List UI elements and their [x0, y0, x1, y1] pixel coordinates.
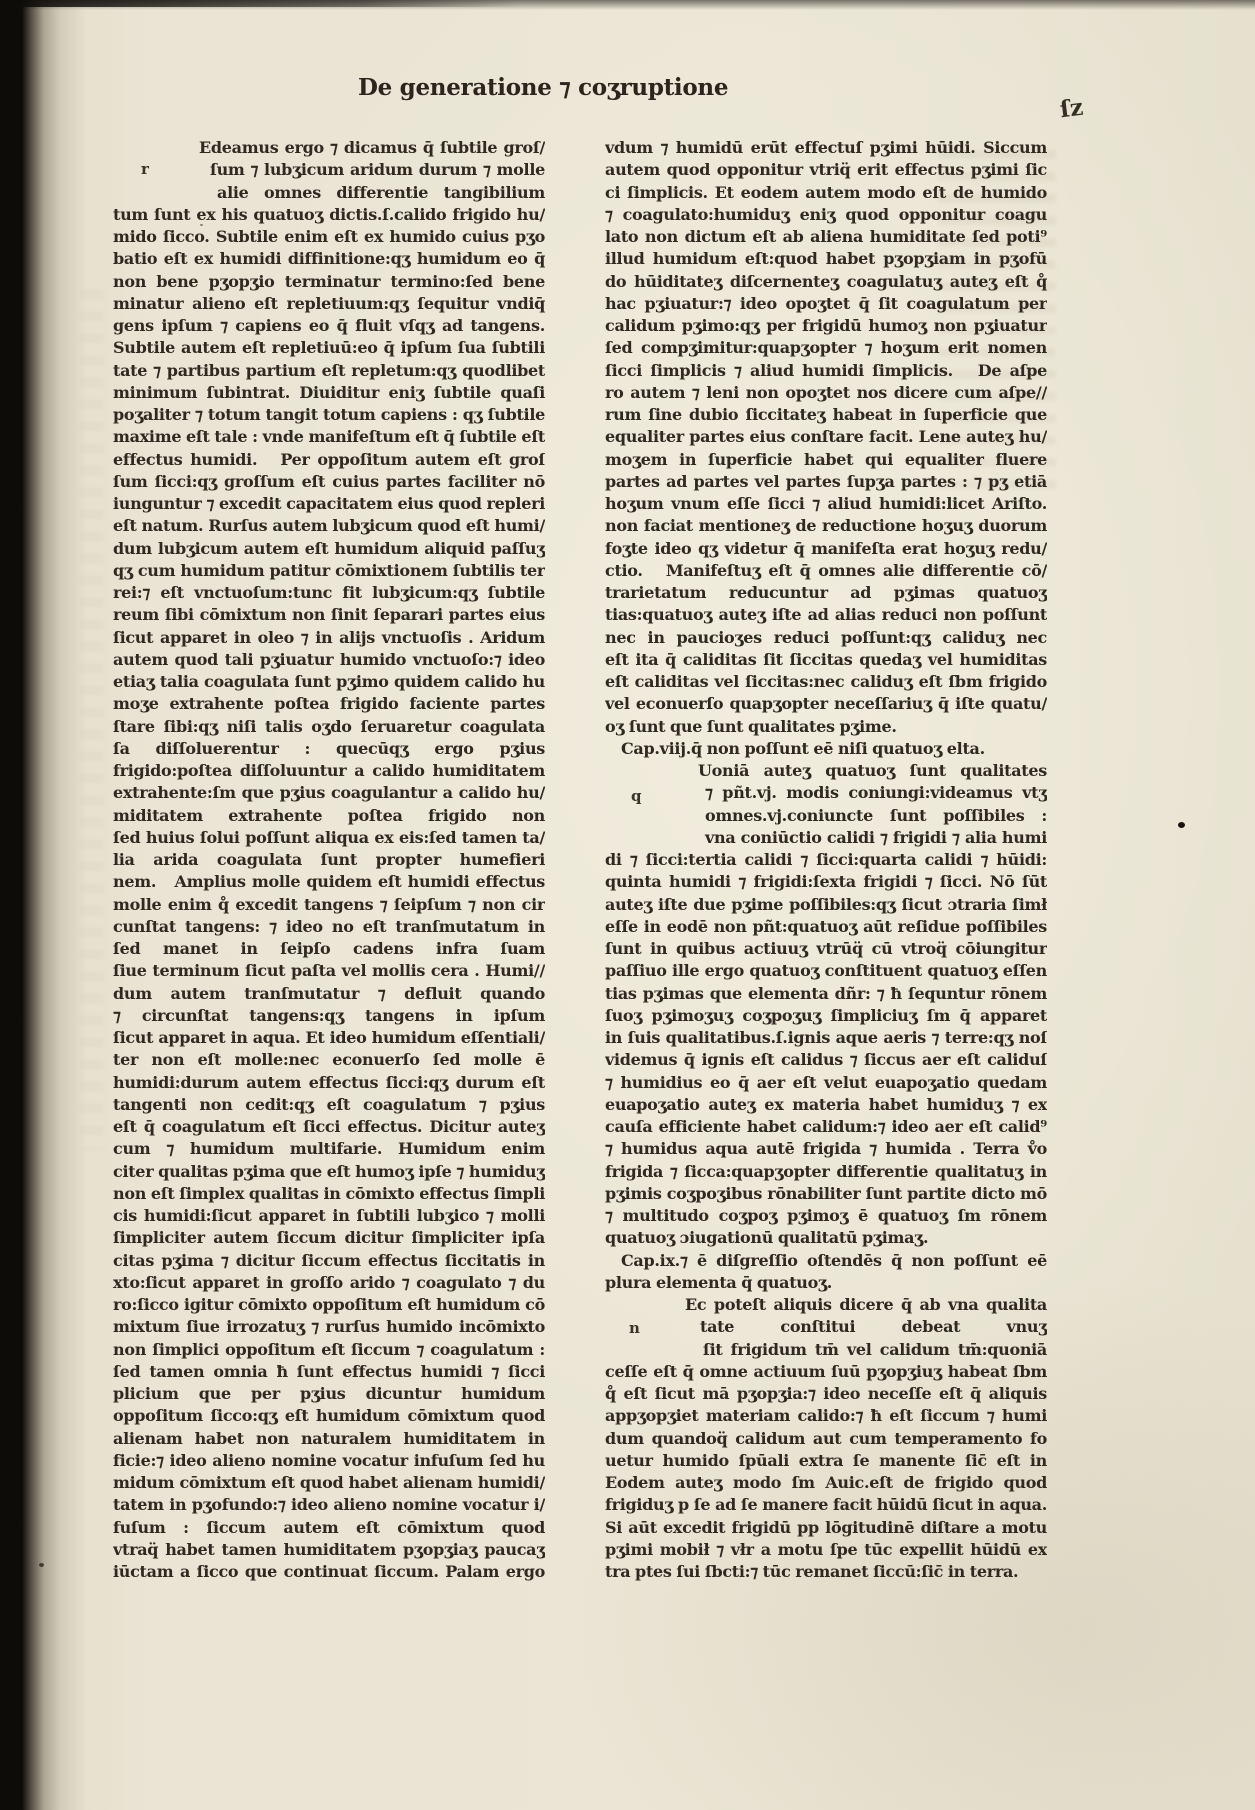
- text-line: autem quod tali pʒiuatur humido vnctuoſo…: [113, 649, 545, 671]
- text-line: do hūiditateʒ diſcernenteʒ coagulatuʒ au…: [605, 271, 1047, 293]
- text-line: eſt q̄ coagulatum eſt ſicci effectus. Di…: [113, 1116, 545, 1138]
- text-line: mido ſicco. Subtile enim eſt ex humido c…: [113, 226, 545, 248]
- text-line: ficie:⁊ ideo alieno nomine vocatur infuſ…: [113, 1450, 545, 1472]
- text-line: rei:⁊ eſt vnctuoſum:tunc fit lubʒicum:qʒ…: [113, 582, 545, 604]
- text-line: foʒte ideo qʒ videtur q̄ manifeſta erat …: [605, 538, 1047, 560]
- text-line: autem quod opponitur vtriq̈ erit effectu…: [605, 159, 1047, 181]
- text-line: lia arida coagulata ſunt propter humefie…: [113, 849, 545, 871]
- text-line: xto:ſicut apparet in groſſo arido ⁊ coag…: [113, 1272, 545, 1294]
- text-line: ro autem ⁊ leni non opoʒtet nos dicere c…: [605, 382, 1047, 404]
- text-line: partes ad partes vel partes ſupʒa partes…: [605, 471, 1047, 493]
- right-text-column: vdum ⁊ humidū erūt effectuſ pʒimi hūidi.…: [605, 137, 1047, 1583]
- text-line: auteʒ iſte due pʒime poſſibiles:qʒ ſicut…: [605, 894, 1047, 916]
- text-line: fuſum : ſiccum autem eſt cōmixtum quod p…: [113, 1517, 545, 1539]
- text-line: dum lubʒicum autem eſt humidum aliquid p…: [113, 538, 545, 560]
- text-line: uetur humido ſpūali extra ſe manente ſic…: [605, 1450, 1047, 1472]
- text-line: tias:quatuoʒ auteʒ iſte ad alias reduci …: [605, 604, 1047, 626]
- text-line: qʒ cum humidum patitur cōmixtionem ſubti…: [113, 560, 545, 582]
- text-line: poʒaliter ⁊ totum tangit totum capiens :…: [113, 404, 545, 426]
- text-line: ter non eſt molle:nec econuerſo ſed moll…: [113, 1049, 545, 1071]
- text-line: Uoniā auteʒ quatuoʒ ſunt qualitates pʒie: [605, 760, 1047, 782]
- text-line: minatur alieno eſt repletiuum:qʒ ſequitu…: [113, 293, 545, 315]
- text-line: non ſimplici oppoſitum eſt ſiccum ⁊ coag…: [113, 1339, 545, 1361]
- text-line: equaliter partes eius conſtare facit. Le…: [605, 426, 1047, 448]
- text-line: ⁊ multitudo coʒpoʒ pʒimoʒ ē quatuoʒ ſm r…: [605, 1205, 1047, 1227]
- text-line: Si aūt excedit frigidū pp lōgitudinē diſ…: [605, 1517, 1047, 1539]
- text-line: humidi:durum autem effectus ſicci:qʒ dur…: [113, 1072, 545, 1094]
- text-line: ſed compʒimitur:quapʒopter ⁊ hoʒum erit …: [605, 337, 1047, 359]
- left-text-column: r Edeamus ergo ⁊ dicamus q̄ ſubtile groſ…: [113, 137, 545, 1583]
- text-line: ſed huius ſolui poſſunt aliqua ex eis:ſe…: [113, 827, 545, 849]
- text-line: calidum pʒimo:qʒ per frigidū humoʒ non p…: [605, 315, 1047, 337]
- running-title: De generatione ⁊ coʒruptione: [358, 74, 728, 101]
- guide-letter-n: n: [629, 1319, 640, 1337]
- text-line: di ⁊ ſicci:tertia calidi ⁊ ſicci:quarta …: [605, 849, 1047, 871]
- page-top-shadow-dark: [0, 0, 520, 7]
- paper-speck: [1178, 822, 1185, 828]
- text-line: ſum ⁊ lubʒicum aridum durum ⁊ molle ⁊: [113, 159, 545, 181]
- text-line: euapoʒatio auteʒ ex materia habet humidu…: [605, 1094, 1047, 1116]
- incunable-page: De generatione ⁊ coʒruptione ſz r Edeamu…: [0, 0, 1255, 1810]
- text-line: hoʒum vnum eſſe ſicci ⁊ aliud humidi:lic…: [605, 493, 1047, 515]
- text-line: plura elementa q̄ quatuoʒ.: [605, 1272, 1047, 1294]
- text-line: tate ⁊ partibus partium eſt repletum:qʒ …: [113, 360, 545, 382]
- text-line: rum ſine dubio ſiccitateʒ habeat in ſupe…: [605, 404, 1047, 426]
- text-line: illud humidum eſt:quod habet pʒopʒiam in…: [605, 248, 1047, 270]
- text-line: ſuoʒ pʒimoʒuʒ coʒpoʒuʒ ſimpliciuʒ ſm q̄ …: [605, 1005, 1047, 1027]
- text-line: eſt natum. Rurſus autem lubʒicum quod eſ…: [113, 515, 545, 537]
- text-line: ro:ſicco igitur cōmixto oppoſitum eſt hu…: [113, 1294, 545, 1316]
- text-line: moʒe extrahente poſtea frigido faciente …: [113, 693, 545, 715]
- guide-letter-r: r: [141, 160, 149, 178]
- text-line: citas pʒima ⁊ dicitur ſiccum effectus ſi…: [113, 1250, 545, 1272]
- text-line: moʒem in ſuperficie habet qui equaliter …: [605, 449, 1047, 471]
- folio-number: ſz: [1058, 94, 1084, 124]
- text-line: molle enim q̊ excedit tangens ⁊ ſeipſum …: [113, 894, 545, 916]
- text-line: Cap.ix.⁊ ē diſgreſſio oſtendēs q̄ non po…: [605, 1250, 1047, 1272]
- text-line: ſtare ſibi:qʒ niſi talis oʒdo ſeruaretur…: [113, 716, 545, 738]
- text-line: Subtile autem eſt repletiuū:eo q̄ ipſum …: [113, 337, 545, 359]
- text-line: quinta humidi ⁊ frigidi:ſexta frigidi ⁊ …: [605, 871, 1047, 893]
- text-line: ſimpliciter autem ſiccum dicitur ſimplic…: [113, 1227, 545, 1249]
- text-line: ſunt in quibus actiuuʒ vtrūq̈ cū vtroq̈ …: [605, 938, 1047, 960]
- text-line: frigiduʒ p ſe ad ſe manere facit hūidū ſ…: [605, 1494, 1047, 1516]
- text-line: tum ſunt ex his quatuoʒ dictis.ſ.calido …: [113, 204, 545, 226]
- text-line: effectus humidi. Per oppoſitum autem eſt…: [113, 449, 545, 471]
- text-line: cauſa efficiente habet calidum:⁊ ideo ae…: [605, 1116, 1047, 1138]
- text-line: ⁊ humidius eo q̄ aer eſt velut euapoʒati…: [605, 1072, 1047, 1094]
- text-line: iunguntur ⁊ excedit capacitatem eius quo…: [113, 493, 545, 515]
- text-line: Eodem auteʒ modo ſm Auic.eſt de frigido …: [605, 1472, 1047, 1494]
- text-line: ſicut apparet in aqua. Et ideo humidum e…: [113, 1027, 545, 1049]
- text-line: non eſt ſimplex qualitas in cōmixto effe…: [113, 1183, 545, 1205]
- text-line: ⁊ pñt.vj. modis coniungi:videamus vtʒ: [605, 782, 1047, 804]
- text-line: cis humidi:ſicut apparet in ſubtili lubʒ…: [113, 1205, 545, 1227]
- text-line: cunſtat tangens: ⁊ ideo no eſt tranſmuta…: [113, 916, 545, 938]
- text-line: non faciat mentioneʒ de reductione hoʒuʒ…: [605, 515, 1047, 537]
- text-line: dum autem tranſmutatur ⁊ defluit quando …: [113, 983, 545, 1005]
- text-line: alienam habet non naturalem humiditatem …: [113, 1428, 545, 1450]
- text-line: omnes.vj.coniuncte ſunt poſſibiles : eſt…: [605, 805, 1047, 827]
- text-line: nec in paucioʒes reduci poſſunt:qʒ calid…: [605, 627, 1047, 649]
- text-line: ſit frigidum tm̄ vel calidum tm̄:quoniā …: [605, 1339, 1047, 1361]
- text-line: hac pʒiuatur:⁊ ideo opoʒtet q̄ ſit coagu…: [605, 293, 1047, 315]
- text-line: tra ptes ſui ſbcti:⁊ tūc remanet ſiccū:ſ…: [605, 1561, 1047, 1583]
- text-line: alie omnes differentie tangibilium quali…: [113, 182, 545, 204]
- text-line: eſſe in eodē non pñt:quatuoʒ aūt reſidue…: [605, 916, 1047, 938]
- text-line: paſſiuo ille ergo quatuoʒ conſtituent qu…: [605, 960, 1047, 982]
- text-line: eſt ita q̄ caliditas ſit ſiccitas quedaʒ…: [605, 649, 1047, 671]
- text-line: nem. Amplius molle quidem eſt humidi eff…: [113, 871, 545, 893]
- text-line: mixtum ſiue irrozatuʒ ⁊ rurſus humido in…: [113, 1316, 545, 1338]
- text-line: oʒ ſunt que ſunt qualitates pʒime.: [605, 716, 1047, 738]
- text-line: videmus q̄ ignis eſt calidus ⁊ ſiccus ae…: [605, 1049, 1047, 1071]
- text-line: vel econuerſo quapʒopter neceſſariuʒ q̄ …: [605, 693, 1047, 715]
- text-line: tate conſtitui debeat vnuʒ elementum.ſ.q…: [605, 1316, 1047, 1338]
- text-line: vdum ⁊ humidū erūt effectuſ pʒimi hūidi.…: [605, 137, 1047, 159]
- text-line: ſed tamen omnia ħ ſunt effectus humidi ⁊…: [113, 1361, 545, 1383]
- text-line: tangenti non cedit:qʒ eſt coagulatum ⁊ p…: [113, 1094, 545, 1116]
- text-line: vna coniūctio calidi ⁊ frigidi ⁊ alia hu…: [605, 827, 1047, 849]
- text-line: non bene pʒopʒio terminatur termino:ſed …: [113, 271, 545, 293]
- text-line: ſicci ſimplicis ⁊ aliud humidi ſimplicis…: [605, 360, 1047, 382]
- guide-letter-q: q: [631, 787, 642, 805]
- text-line: frigido:poſtea diſſoluuntur a calido hum…: [113, 760, 545, 782]
- text-line: ſum ſicci:qʒ groſſum eſt cuius partes fa…: [113, 471, 545, 493]
- text-line: minimum ſubintrat. Diuiditur eniʒ ſubtil…: [113, 382, 545, 404]
- text-line: eſt caliditas vel ſiccitas:nec caliduʒ e…: [605, 671, 1047, 693]
- text-line: q̊ eſt ſicut mā pʒopʒia:⁊ ideo neceſſe e…: [605, 1383, 1047, 1405]
- text-line: gens ipſum ⁊ capiens eo q̄ fluit vſqʒ ad…: [113, 315, 545, 337]
- text-line: pʒimis coʒpoʒibus rōnabiliter ſunt parti…: [605, 1183, 1047, 1205]
- text-line: cum ⁊ humidum multifarie. Humidum enim ſ…: [113, 1138, 545, 1160]
- text-line: etiaʒ talia coagulata ſunt pʒimo quidem …: [113, 671, 545, 693]
- text-line: ⁊ circunſtat tangens:qʒ tangens in ipſum…: [113, 1005, 545, 1027]
- text-line: extrahente:ſm que pʒius coagulantur a ca…: [113, 782, 545, 804]
- text-line: frigida ⁊ ſicca:quapʒopter differentie q…: [605, 1161, 1047, 1183]
- text-line: ci ſimplicis. Et eodem autem modo eſt de…: [605, 182, 1047, 204]
- text-line: ⁊ coagulato:humiduʒ eniʒ quod opponitur …: [605, 204, 1047, 226]
- text-line: oppoſitum ſicco:qʒ eſt humidum cōmixtum …: [113, 1405, 545, 1427]
- text-line: pʒimi mobił ⁊ vłr a motu ſpe tūc expelli…: [605, 1539, 1047, 1561]
- text-line: miditatem extrahente poſtea frigido non …: [113, 805, 545, 827]
- text-line: ctio. Manifeſtuʒ eſt q̄ omnes alie diffe…: [605, 560, 1047, 582]
- text-line: maxime eſt tale : vnde manifeſtum eſt q̄…: [113, 426, 545, 448]
- book-binding-edge: [0, 0, 86, 1810]
- text-line: batio eſt ex humidi diffinitione:qʒ humi…: [113, 248, 545, 270]
- text-line: appʒopʒiet materiam calido:⁊ ħ eſt ſiccu…: [605, 1405, 1047, 1427]
- text-line: in ſuis qualitatibus.ſ.ignis aque aeris …: [605, 1027, 1047, 1049]
- text-line: ſiue terminum ſicut paſta vel mollis cer…: [113, 960, 545, 982]
- text-line: quatuoʒ ɔiugationū qualitatū pʒimaʒ.: [605, 1227, 1047, 1249]
- text-line: vtraq̈ habet tamen humiditatem pʒopʒiaʒ …: [113, 1539, 545, 1561]
- text-line: Cap.viij.q̄ non poſſunt eē niſi quatuoʒ …: [605, 738, 1047, 760]
- text-line: lato non dictum eſt ab aliena humiditate…: [605, 226, 1047, 248]
- text-line: trarietatum reducuntur ad pʒimas quatuoʒ…: [605, 582, 1047, 604]
- text-line: Ec poteſt aliquis dicere q̄ ab vna quali…: [605, 1294, 1047, 1316]
- text-line: ſed manet in ſeipſo cadens infra ſuam co…: [113, 938, 545, 960]
- text-line: plicium que per pʒius dicuntur humidum i…: [113, 1383, 545, 1405]
- text-line: Edeamus ergo ⁊ dicamus q̄ ſubtile groſ/: [113, 137, 545, 159]
- text-line: reum ſibi cōmixtum non ſinit ſeparari pa…: [113, 604, 545, 626]
- text-line: ceſſe eſt q̄ omne actiuum ſuū pʒopʒiuʒ h…: [605, 1361, 1047, 1383]
- text-line: midum cōmixtum eſt quod habet alienam hu…: [113, 1472, 545, 1494]
- text-line: citer qualitas pʒima que eſt humoʒ ipſe …: [113, 1161, 545, 1183]
- text-line: ſa diſſoluerentur : quecūqʒ ergo pʒius c…: [113, 738, 545, 760]
- text-line: tatem in pʒofundo:⁊ ideo alieno nomine v…: [113, 1494, 545, 1516]
- text-line: iūctam a ſicco que continuat ſiccum. Pal…: [113, 1561, 545, 1583]
- text-line: ⁊ humidus aqua autē frigida ⁊ humida . T…: [605, 1138, 1047, 1160]
- text-line: ſicut apparet in oleo ⁊ in alijs vnctuoſ…: [113, 627, 545, 649]
- text-line: tias pʒimas que elementa dñr: ⁊ ħ ſequnt…: [605, 983, 1047, 1005]
- text-line: dum quandoq̈ calidum aut cum temperament…: [605, 1428, 1047, 1450]
